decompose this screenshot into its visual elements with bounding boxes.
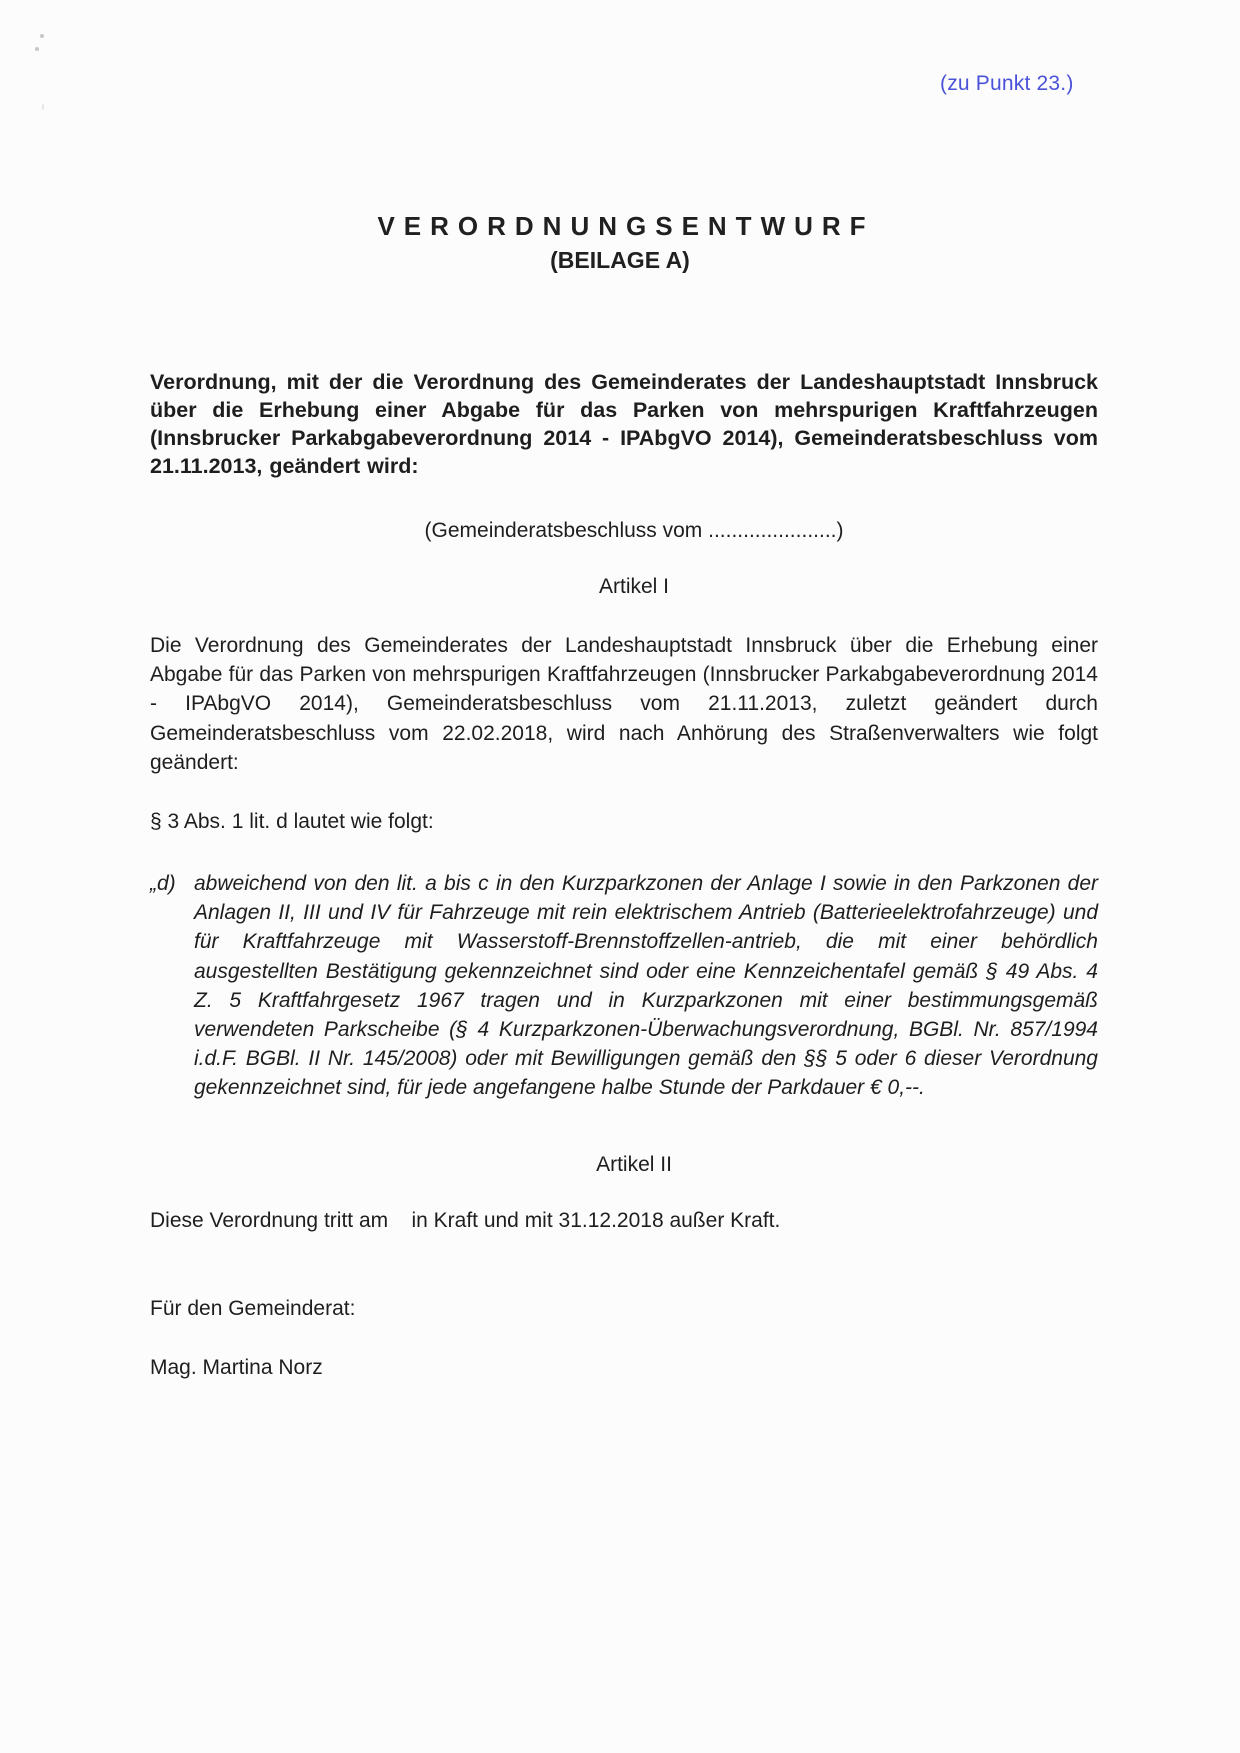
document-page: (zu Punkt 23.) VERORDNUNGSENTWURF (BEILA… (0, 0, 1240, 1753)
lit-d-label: „d) (150, 869, 176, 898)
article-1-heading: Artikel I (0, 575, 1240, 599)
agenda-item-reference: (zu Punkt 23.) (940, 72, 1074, 96)
scan-artifact (35, 47, 39, 51)
article-1-body: Die Verordnung des Gemeinderates der Lan… (150, 631, 1098, 777)
article-2-body: Diese Verordnung tritt am in Kraft und m… (150, 1209, 780, 1233)
document-subtitle: (BEILAGE A) (0, 247, 1240, 274)
signatory-name: Mag. Martina Norz (150, 1356, 323, 1380)
article-2-heading: Artikel II (0, 1153, 1240, 1177)
signature-label: Für den Gemeinderat: (150, 1297, 355, 1321)
document-title: VERORDNUNGSENTWURF (0, 211, 1240, 242)
lit-d-text: abweichend von den lit. a bis c in den K… (194, 869, 1098, 1103)
lit-d-clause: „d) abweichend von den lit. a bis c in d… (150, 869, 1098, 1103)
ordinance-intro: Verordnung, mit der die Verordnung des G… (150, 368, 1098, 480)
resolution-date-line: (Gemeinderatsbeschluss vom .............… (0, 519, 1240, 543)
paragraph-reference: § 3 Abs. 1 lit. d lautet wie folgt: (150, 810, 434, 834)
scan-artifact (40, 34, 44, 38)
scan-artifact (42, 104, 44, 110)
